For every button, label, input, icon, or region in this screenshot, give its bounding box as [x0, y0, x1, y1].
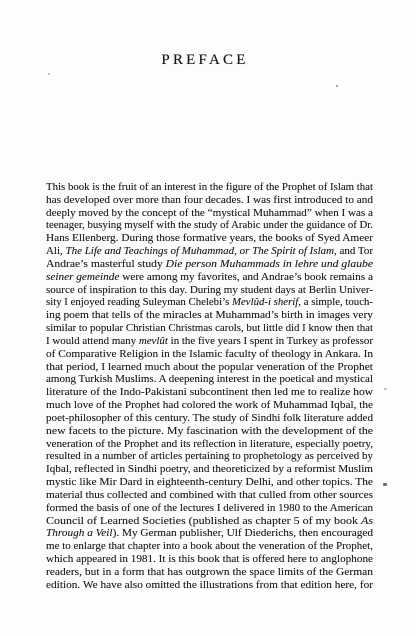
text-line: edition. We have also omitted the illust… [46, 579, 373, 592]
text-line: of Comparative Religion in the Islamic f… [46, 348, 373, 361]
text-line: Through a Veil). My German publisher, Ul… [46, 527, 373, 540]
scan-speck [383, 483, 387, 486]
text-line: Andrae’s masterful study Die person Muha… [46, 258, 373, 271]
page-title: PREFACE [0, 52, 410, 69]
text-line: Ali, The Life and Teachings of Muhammad,… [46, 245, 373, 258]
text-line: which appeared in 1981. It is this book … [46, 553, 373, 566]
text-line: seiner gemeinde were among my favorites,… [46, 271, 373, 284]
text-line: ing poem that tells of the miracles at M… [46, 309, 373, 322]
text-line: mystic like Mir Dard in eighteenth-centu… [46, 476, 373, 489]
text-line: similar to popular Christian Christmas c… [46, 322, 373, 335]
text-line: among Turkish Muslims. A deepening inter… [46, 373, 373, 386]
scan-speck [48, 73, 50, 75]
text-line: veneration of the Prophet and its reflec… [46, 438, 373, 451]
text-line: Council of Learned Societies (published … [46, 515, 373, 528]
text-line: Hans Ellenberg. During those formative y… [46, 232, 373, 245]
preface-paragraph: This book is the fruit of an interest in… [46, 181, 373, 592]
text-line: new facets to the picture. My fascinatio… [46, 425, 373, 438]
text-line: me to enlarge that chapter into a book a… [46, 540, 373, 553]
text-line: readers, but in a form that has outgrown… [46, 566, 373, 579]
text-line: I would attend many mevlût in the five y… [46, 335, 373, 348]
text-line: deeply moved by the concept of the “myst… [46, 207, 373, 220]
text-line: sity I enjoyed reading Suleyman Chelebi’… [46, 296, 373, 309]
scan-speck [384, 388, 387, 390]
text-line: has developed over more than four decade… [46, 194, 373, 207]
text-line: formed the basis of one of the lectures … [46, 502, 373, 515]
text-line: poet-philosopher of this century. The st… [46, 412, 373, 425]
text-line: resulted in a number of articles pertain… [46, 450, 373, 463]
text-line: material thus collected and combined wit… [46, 489, 373, 502]
text-line: Iqbal, reflected in Sindhi poetry, and t… [46, 463, 373, 476]
scan-speck [336, 85, 338, 87]
book-page: PREFACE This book is the fruit of an int… [0, 0, 416, 636]
text-line: much love of the Prophet had colored the… [46, 399, 373, 412]
text-line: source of inspiration to this day. Durin… [46, 284, 373, 297]
text-line: This book is the fruit of an interest in… [46, 181, 373, 194]
text-line: teenager, busying myself with the study … [46, 219, 373, 232]
text-line: literature of the Indo-Pakistani subcont… [46, 386, 373, 399]
text-line: that period, I learned much about the po… [46, 361, 373, 374]
